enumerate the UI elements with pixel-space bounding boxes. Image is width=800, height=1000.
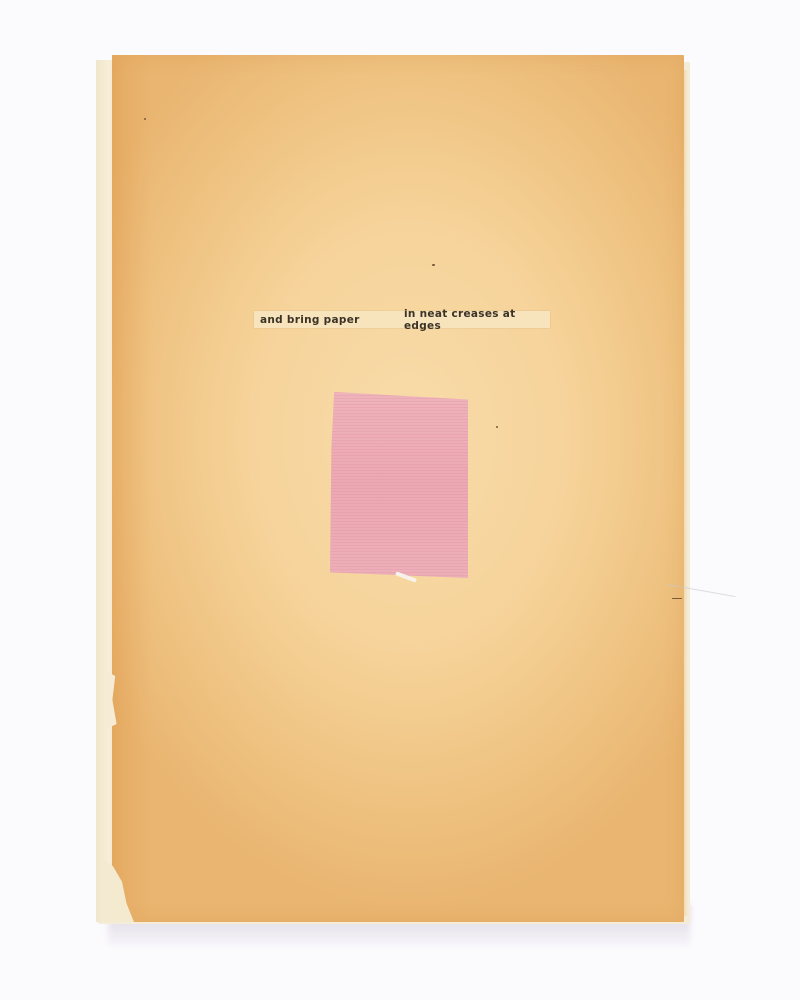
text-segment-left: and bring paper [260, 314, 360, 326]
paper-crease-mark [672, 598, 682, 599]
paper-speck [144, 118, 146, 120]
paper-speck [496, 426, 498, 428]
text-segment-right: in neat creases at edges [404, 308, 550, 332]
collaged-text-strip: and bring paper in neat creases at edges [254, 311, 550, 328]
pink-fabric-swatch [330, 392, 468, 578]
paper-speck [432, 264, 435, 266]
